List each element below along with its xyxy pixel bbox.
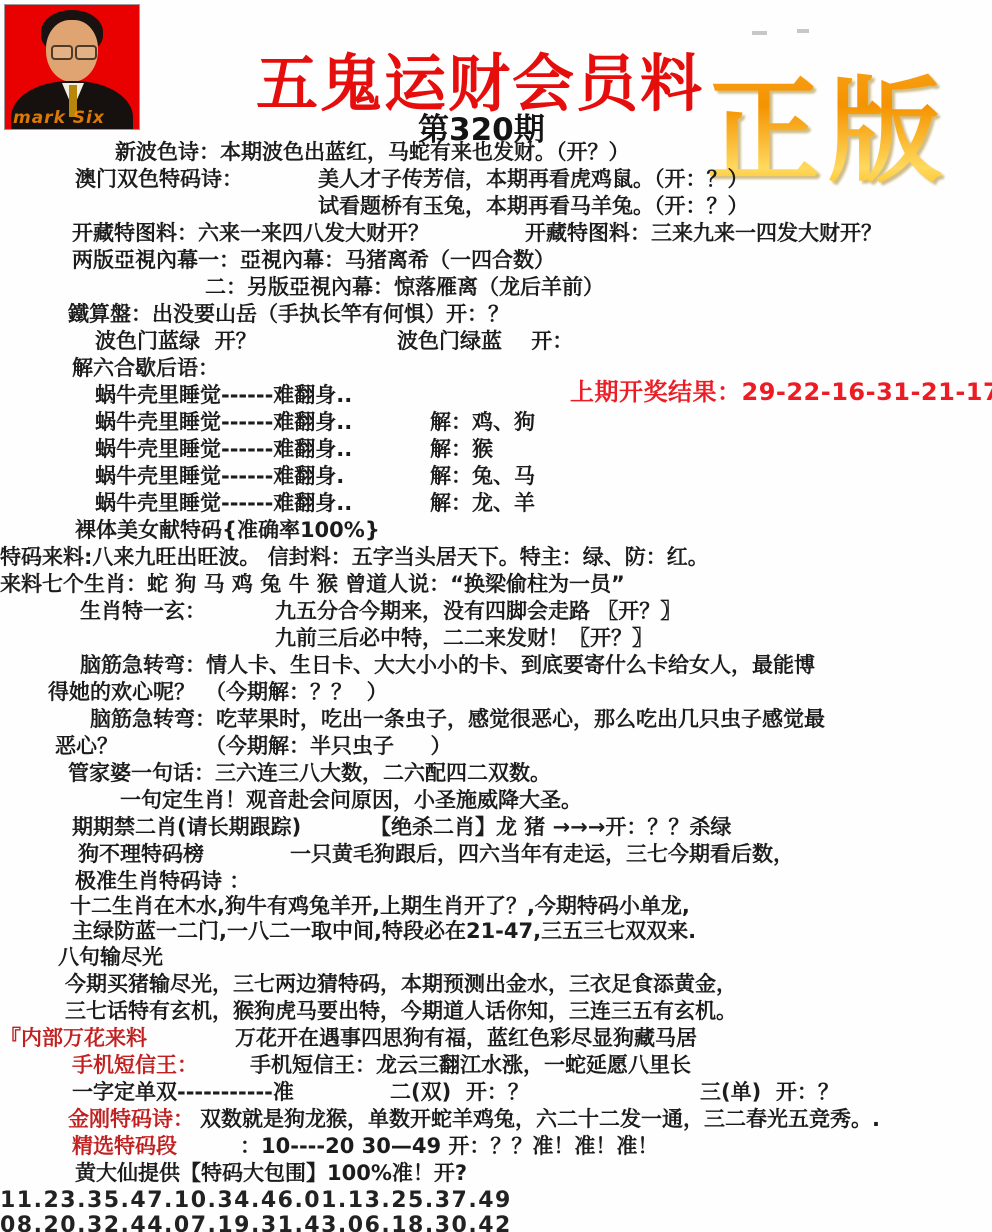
line-sms-king-text: 手机短信王：龙云三翻江水涨，一蛇延愿八里长: [250, 1053, 691, 1077]
glasses-icon: [75, 45, 97, 60]
line-selected-range-text: ：10----20 30—49 开：？？准！准！准！: [240, 1134, 658, 1158]
line-snail-answer-5: 解：龙、羊: [430, 491, 535, 515]
line-snail-answer-3: 解：猴: [430, 437, 493, 461]
line-zodiac-mystery-label: 生肖特一玄：: [80, 599, 206, 623]
line-seven-zodiac: 来料七个生肖：蛇 狗 马 鸡 兔 牛 猴 曾道人说：“换梁偷柱为一员”: [0, 572, 625, 596]
line-accurate-zodiac-poem-label: 极准生肖特码诗 ：: [75, 869, 250, 893]
number-row-2: 08.20.32.44.07.19.31.43.06.18.30.42: [0, 1213, 512, 1232]
line-snail-riddle-2: 蜗牛壳里睡觉------难翻身..: [95, 410, 352, 434]
line-wong-tai-sin: 黄大仙提供【特码大包围】100%准！开?: [75, 1161, 467, 1185]
line-hidden-chart-right: 开藏特图料：三来九来一四发大财开？: [525, 221, 882, 245]
line-special-material: 特码来料:八来九旺出旺波。 信封料：五字当头居天下。特主：绿、防：红。: [0, 545, 709, 569]
line-eight-verse-1: 今期买猪输尽光，三七两边猜特码，本期预测出金水，三衣足食添黄金，: [65, 972, 737, 996]
tip-sheet-page: { "header": { "title": "五鬼运财会员料", "issue…: [0, 0, 992, 1232]
line-brainteaser-1a: 脑筋急转弯：情人卡、生日卡、大大小小的卡、到底要寄什么卡给女人，最能博: [80, 653, 815, 677]
line-odd-even-three: 三(单) 开：？: [700, 1080, 839, 1104]
line-diamond-poem-text: 双数就是狗龙猴，单数开蛇羊鸡兔，六二十二发一通，三二春光五竞秀。.: [200, 1107, 880, 1131]
line-brainteaser-1-answer: （今期解：？？ ）: [205, 680, 388, 704]
line-dog-board-label: 狗不理特码榜: [78, 842, 204, 866]
line-one-phrase-zodiac: 一句定生肖！观音赴会问原因，小圣施威降大圣。: [120, 788, 582, 812]
line-snail-riddle-3: 蜗牛壳里睡觉------难翻身..: [95, 437, 352, 461]
line-zodiac-mystery-1: 九五分合今期来，没有四脚会走路 〖开？〗: [275, 599, 681, 623]
line-snail-answer-2: 解：鸡、狗: [430, 410, 535, 434]
line-macau-poem-2: 试看题桥有玉兔，本期再看马羊兔。（开：？）: [318, 194, 749, 218]
line-snail-riddle-1: 蜗牛壳里睡觉------难翻身..: [95, 383, 352, 407]
previous-result-line: 上期开奖结果：29-22-16-31-21-17+45: [570, 379, 992, 407]
line-kill-two-zodiac: 【绝杀二肖】龙 猪 →→→开：？？杀绿: [370, 815, 731, 839]
line-brainteaser-2a: 脑筋急转弯：吃苹果时，吃出一条虫子，感觉很恶心，那么吃出几只虫子感觉最: [90, 707, 825, 731]
print-speckle: [797, 29, 809, 33]
portrait-photo: mark Six: [4, 4, 140, 130]
line-iron-abacus: 鐵算盤：出没要山岳（手执长竿有何惧）开：？: [68, 302, 509, 326]
line-snail-answer-4: 解：兔、马: [430, 464, 535, 488]
line-odd-even-label: 一字定单双-----------准: [72, 1080, 294, 1104]
line-sms-king-label: 手机短信王：: [72, 1053, 198, 1077]
line-brainteaser-1b: 得她的欢心呢？: [48, 680, 195, 704]
line-atv-insider-1: 两版亞視內幕一：亞視內幕：马猪离希（一四合数）: [72, 248, 555, 272]
line-wave-gate-right: 波色门绿蓝 开：: [397, 329, 573, 353]
number-row-1: 11.23.35.47.10.34.46.01.13.25.37.49: [0, 1188, 512, 1213]
line-zodiac-mystery-2: 九前三后必中特，二二来发财！〖开？〗: [275, 626, 653, 650]
line-atv-insider-2: 二：另版亞視內幕：惊落雁离（龙后羊前）: [205, 275, 604, 299]
line-snail-riddle-4: 蜗牛壳里睡觉------难翻身.: [95, 464, 344, 488]
line-macau-poem-label: 澳门双色特码诗：: [75, 167, 243, 191]
line-macau-poem-1: 美人才子传芳信，本期再看虎鸡鼠。（开：？）: [318, 167, 749, 191]
line-beauty-special: 裸体美女献特码{准确率100%}: [75, 518, 380, 542]
glasses-icon: [51, 45, 73, 60]
line-snail-riddle-5: 蜗牛壳里睡觉------难翻身..: [95, 491, 352, 515]
watermark-text: mark Six: [13, 108, 105, 128]
line-accurate-zodiac-poem-2: 主绿防蓝一二门,一八二一取中间,特段必在21-47,三五三七双双来.: [72, 919, 696, 943]
line-housekeeper-phrase: 管家婆一句话：三六连三八大数，二六配四二双数。: [68, 761, 551, 785]
line-diamond-poem-label: 金刚特码诗：: [68, 1107, 194, 1131]
line-accurate-zodiac-poem-1: 十二生肖在木水,狗牛有鸡兔羊开,上期生肖开了？,今期特码小单龙,: [70, 894, 690, 918]
line-new-wave-poem: 新波色诗：本期波色出蓝红，马蛇有来也发财。（开？）: [115, 140, 630, 164]
line-brainteaser-2-answer: （今期解：半只虫子 ）: [205, 734, 452, 758]
line-internal-flower-label: 『内部万花来料: [0, 1026, 147, 1050]
line-eight-verse-label: 八句输尽光: [58, 945, 163, 969]
line-eight-verse-2: 三七话特有玄机，猴狗虎马要出特，今期道人话你知，三连三五有玄机。: [65, 999, 737, 1023]
line-wave-gate-left: 波色门蓝绿 开？: [95, 329, 257, 353]
line-odd-even-two: 二(双) 开：？: [390, 1080, 529, 1104]
line-dog-board-text: 一只黄毛狗跟后，四六当年有走运，三七今期看后数，: [290, 842, 794, 866]
line-riddle-header: 解六合歇后语：: [72, 356, 219, 380]
line-internal-flower-text: 万花开在遇事四思狗有福，蓝红色彩尽显狗藏马居: [235, 1026, 697, 1050]
line-brainteaser-2b: 恶心？: [55, 734, 118, 758]
line-forbidden-zodiac-label: 期期禁二肖(请长期跟踪): [72, 815, 301, 839]
line-hidden-chart-left: 开藏特图料：六来一来四八发大财开？: [72, 221, 429, 245]
print-speckle: [752, 31, 767, 35]
line-selected-range-label: 精选特码段: [72, 1134, 177, 1158]
